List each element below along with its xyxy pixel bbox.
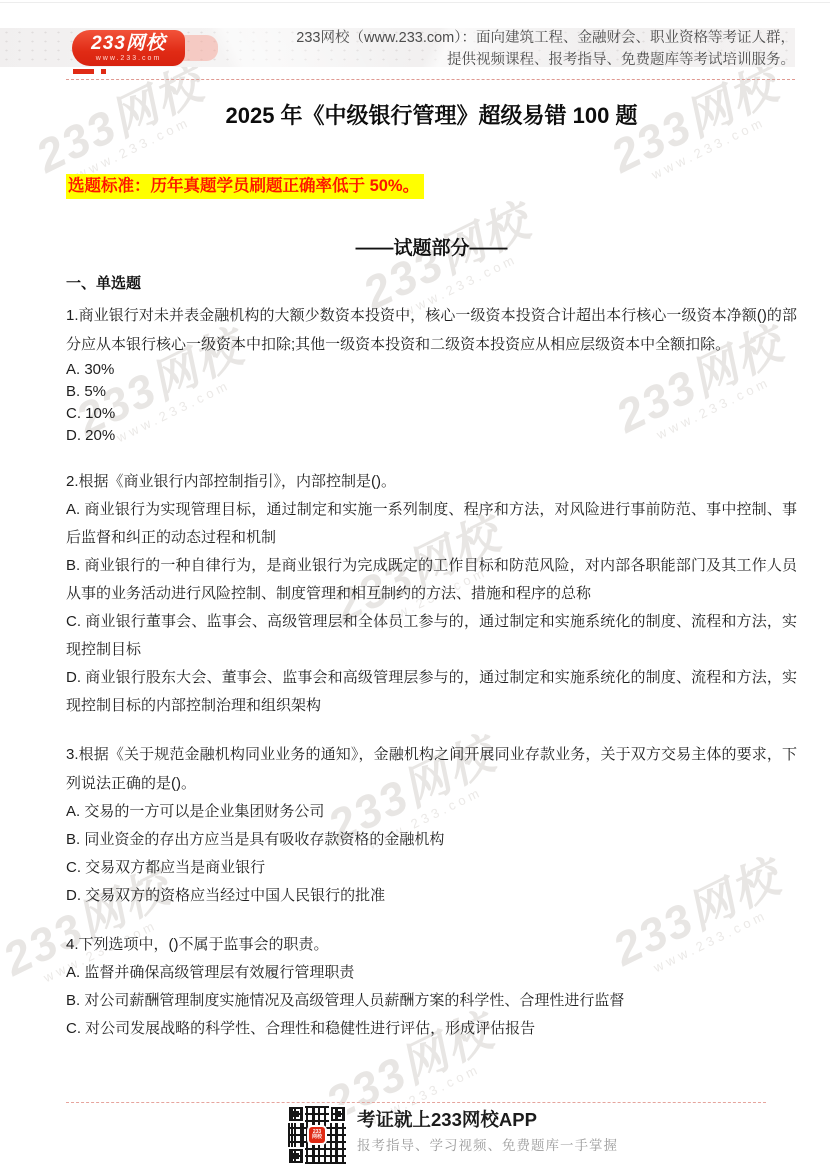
document-content: 2025 年《中级银行管理》超级易错 100 题 选题标准：历年真题学员刷题正确… bbox=[66, 0, 797, 1043]
option-c: C. 对公司发展战略的科学性、合理性和稳健性进行评估，形成评估报告 bbox=[66, 1015, 797, 1043]
logo-url: www.233.com bbox=[96, 55, 162, 62]
question-4: 4.下列选项中，()不属于监事会的职责。 A. 监督并确保高级管理层有效履行管理… bbox=[66, 930, 797, 1043]
tagline-line-1: 233网校（www.233.com）：面向建筑工程、金融财会、职业资格等考证人群… bbox=[296, 27, 795, 49]
question-stem: 4.下列选项中，()不属于监事会的职责。 bbox=[66, 930, 797, 959]
qr-finder-top-left bbox=[289, 1107, 303, 1121]
question-1: 1.商业银行对未并表金融机构的大额少数资本投资中，核心一级资本投资合计超出本行核… bbox=[66, 301, 797, 447]
option-d: D. 20% bbox=[66, 425, 797, 447]
qr-finder-bottom-left bbox=[289, 1149, 303, 1163]
question-2: 2.根据《商业银行内部控制指引》，内部控制是()。 A. 商业银行为实现管理目标… bbox=[66, 467, 797, 720]
app-title: 考证就上233网校APP bbox=[357, 1108, 618, 1132]
option-b: B. 5% bbox=[66, 381, 797, 403]
part-heading: 一、单选题 bbox=[66, 275, 797, 293]
section-heading: ——试题部分—— bbox=[66, 237, 797, 260]
logo-pill: 233网校 www.233.com bbox=[72, 30, 185, 66]
option-a: A. 监督并确保高级管理层有效履行管理职责 bbox=[66, 959, 797, 987]
header-tagline: 233网校（www.233.com）：面向建筑工程、金融财会、职业资格等考证人群… bbox=[296, 27, 795, 71]
qr-logo-badge: 233 网校 bbox=[309, 1127, 325, 1143]
option-b: B. 商业银行的一种自律行为，是商业银行为完成既定的工作目标和防范风险，对内部各… bbox=[66, 552, 797, 608]
logo-dot-accent bbox=[101, 69, 106, 74]
option-a: A. 商业银行为实现管理目标，通过制定和实施一系列制度、程序和方法，对风险进行事… bbox=[66, 496, 797, 552]
logo-dash-accent bbox=[73, 69, 94, 74]
option-d: D. 商业银行股东大会、董事会、监事会和高级管理层参与的，通过制定和实施系统化的… bbox=[66, 664, 797, 720]
option-b: B. 对公司薪酬管理制度实施情况及高级管理人员薪酬方案的科学性、合理性进行监督 bbox=[66, 987, 797, 1015]
option-b: B. 同业资金的存出方应当是具有吸收存款资格的金融机构 bbox=[66, 826, 797, 854]
option-c: C. 交易双方都应当是商业银行 bbox=[66, 854, 797, 882]
footer-app-promo: 考证就上233网校APP 报考指导、学习视频、免费题库一手掌握 bbox=[357, 1108, 618, 1154]
option-c: C. 10% bbox=[66, 403, 797, 425]
highlight-note-row: 选题标准：历年真题学员刷题正确率低于 50%。 bbox=[66, 174, 797, 199]
question-stem: 1.商业银行对未并表金融机构的大额少数资本投资中，核心一级资本投资合计超出本行核… bbox=[66, 301, 797, 359]
highlight-note: 选题标准：历年真题学员刷题正确率低于 50%。 bbox=[66, 174, 424, 199]
header-divider bbox=[66, 79, 795, 80]
qr-finder-top-right bbox=[331, 1107, 345, 1121]
logo-text: 233网校 bbox=[91, 34, 166, 53]
footer-divider bbox=[66, 1102, 766, 1103]
app-subtitle: 报考指导、学习视频、免费题库一手掌握 bbox=[357, 1137, 618, 1154]
option-a: A. 交易的一方可以是企业集团财务公司 bbox=[66, 798, 797, 826]
page-title: 2025 年《中级银行管理》超级易错 100 题 bbox=[66, 102, 797, 130]
option-d: D. 交易双方的资格应当经过中国人民银行的批准 bbox=[66, 882, 797, 910]
qr-code-image: 233 网校 bbox=[288, 1106, 346, 1164]
tagline-line-2: 提供视频课程、报考指导、免费题库等考试培训服务。 bbox=[296, 49, 795, 71]
option-a: A. 30% bbox=[66, 359, 797, 381]
question-stem: 3.根据《关于规范金融机构同业业务的通知》，金融机构之间开展同业存款业务，关于双… bbox=[66, 740, 797, 798]
question-3: 3.根据《关于规范金融机构同业业务的通知》，金融机构之间开展同业存款业务，关于双… bbox=[66, 740, 797, 910]
brand-logo: 233网校 www.233.com bbox=[72, 30, 222, 78]
option-c: C. 商业银行董事会、监事会、高级管理层和全体员工参与的，通过制定和实施系统化的… bbox=[66, 608, 797, 664]
question-stem: 2.根据《商业银行内部控制指引》，内部控制是()。 bbox=[66, 467, 797, 496]
document-page: 233网校www.233.com 233网校www.233.com 233网校w… bbox=[0, 0, 830, 1175]
